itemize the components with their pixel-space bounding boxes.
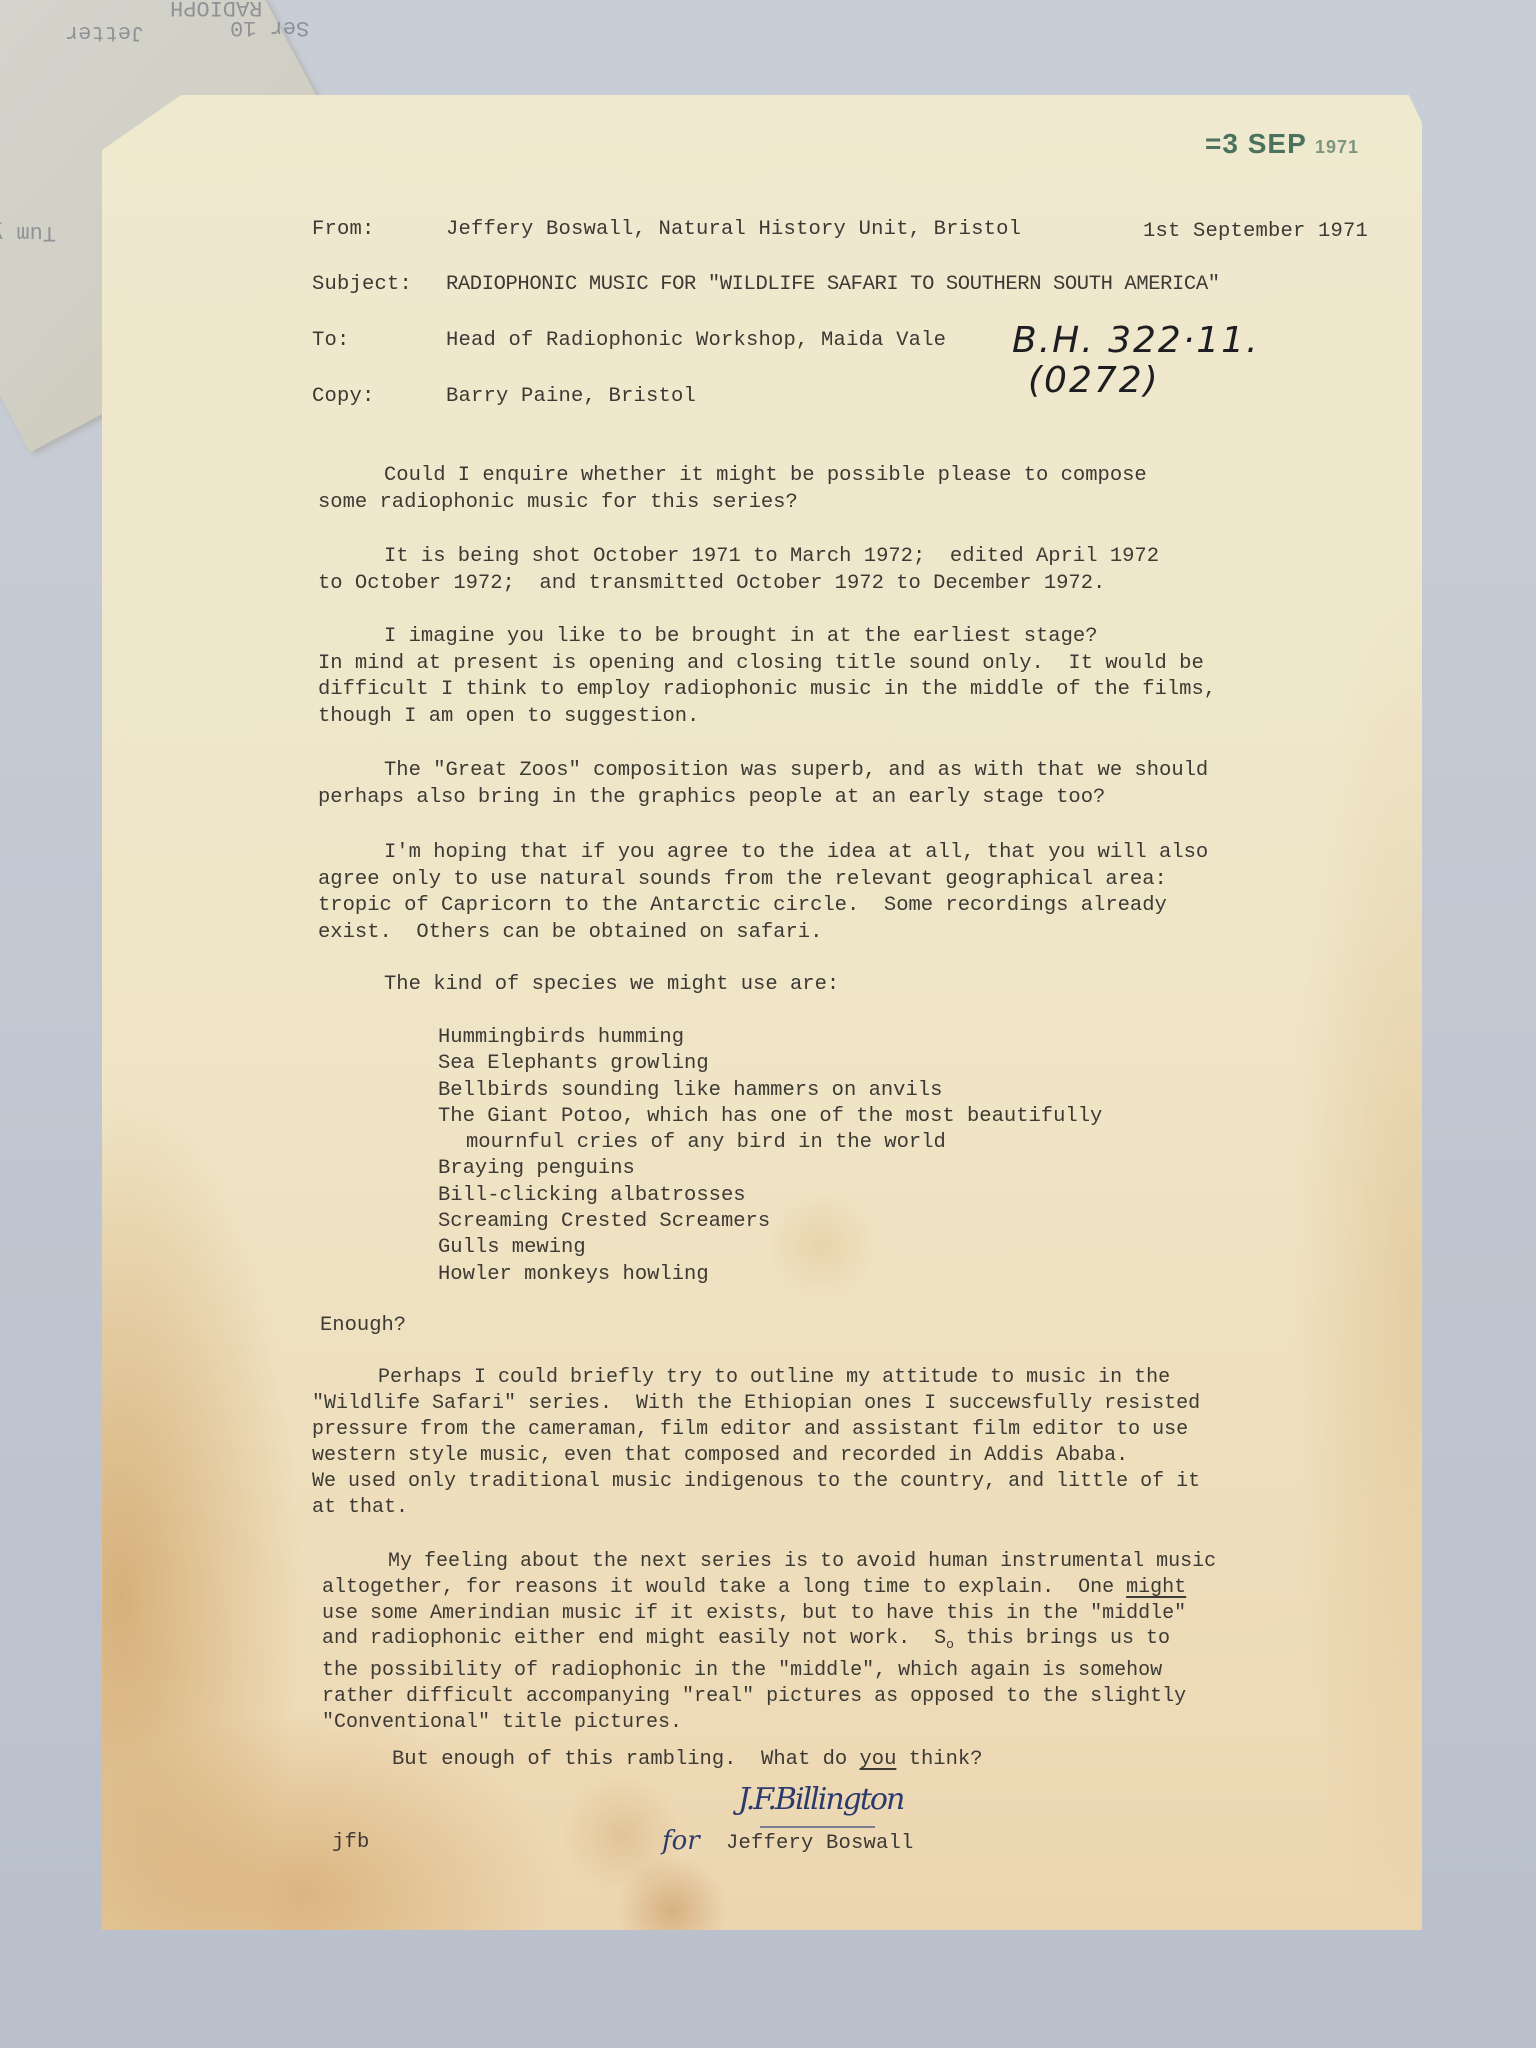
- handwritten-reference-line1: B.H. 322·11.: [1012, 320, 1260, 361]
- memo-date: 1st September 1971: [1143, 219, 1368, 245]
- underlying-text-fragment: Jetter: [65, 20, 144, 45]
- paragraph-7: Perhaps I could briefly try to outline m…: [312, 1365, 1312, 1521]
- typist-initials: jfb: [332, 1830, 370, 1856]
- to-label: To:: [312, 328, 350, 354]
- paragraph-4: The "Great Zoos" composition was superb,…: [318, 758, 1318, 811]
- underlying-text-fragment: Ser 10: [230, 15, 309, 40]
- handwritten-reference-line2: (0272): [1028, 360, 1160, 401]
- signature-line: [760, 1826, 875, 1828]
- list-item: The Giant Potoo, which has one of the mo…: [438, 1104, 1198, 1157]
- subject-label: Subject:: [312, 272, 412, 298]
- list-item: Gulls mewing: [438, 1235, 1198, 1261]
- handwritten-for: for: [662, 1826, 700, 1856]
- signatory-name: Jeffery Boswall: [726, 1831, 914, 1857]
- paragraph-9: But enough of this rambling. What do you…: [326, 1747, 1326, 1774]
- from-label: From:: [312, 217, 375, 243]
- paragraph-5: I'm hoping that if you agree to the idea…: [318, 840, 1318, 946]
- paragraph-8: My feeling about the next series is to a…: [322, 1549, 1322, 1736]
- emphasis-you: you: [859, 1748, 896, 1771]
- copy-value: Barry Paine, Bristol: [446, 384, 696, 410]
- paragraph-1: Could I enquire whether it might be poss…: [318, 463, 1318, 516]
- to-value: Head of Radiophonic Workshop, Maida Vale: [446, 328, 946, 354]
- enough-line: Enough?: [320, 1313, 1320, 1340]
- list-item: Braying penguins: [438, 1156, 1198, 1182]
- emphasis-might: might: [1126, 1576, 1186, 1599]
- species-list: Hummingbirds humming Sea Elephants growl…: [438, 1025, 1198, 1288]
- list-item: Hummingbirds humming: [438, 1025, 1198, 1051]
- list-item: Screaming Crested Screamers: [438, 1209, 1198, 1235]
- paragraph-3: I imagine you like to be brought in at t…: [318, 624, 1318, 730]
- paragraph-6: The kind of species we might use are:: [318, 972, 1318, 999]
- received-date-stamp: =3 SEP 1971: [1205, 128, 1359, 160]
- stamp-date: 3 SEP: [1222, 128, 1306, 159]
- from-value: Jeffery Boswall, Natural History Unit, B…: [446, 217, 1021, 243]
- stamp-year: 1971: [1315, 137, 1359, 157]
- stamp-prefix: =: [1205, 128, 1222, 159]
- copy-label: Copy:: [312, 384, 375, 410]
- list-item: Bellbirds sounding like hammers on anvil…: [438, 1078, 1198, 1104]
- list-item: Sea Elephants growling: [438, 1051, 1198, 1077]
- list-item: Howler monkeys howling: [438, 1262, 1198, 1288]
- paragraph-2: It is being shot October 1971 to March 1…: [318, 544, 1318, 597]
- subject-value: RADIOPHONIC MUSIC FOR "WILDLIFE SAFARI T…: [446, 272, 1220, 298]
- handwritten-signature: J.F.Billington: [738, 1782, 903, 1817]
- list-item: Bill-clicking albatrosses: [438, 1183, 1198, 1209]
- underlying-text-fragment: Tum y: [0, 220, 56, 245]
